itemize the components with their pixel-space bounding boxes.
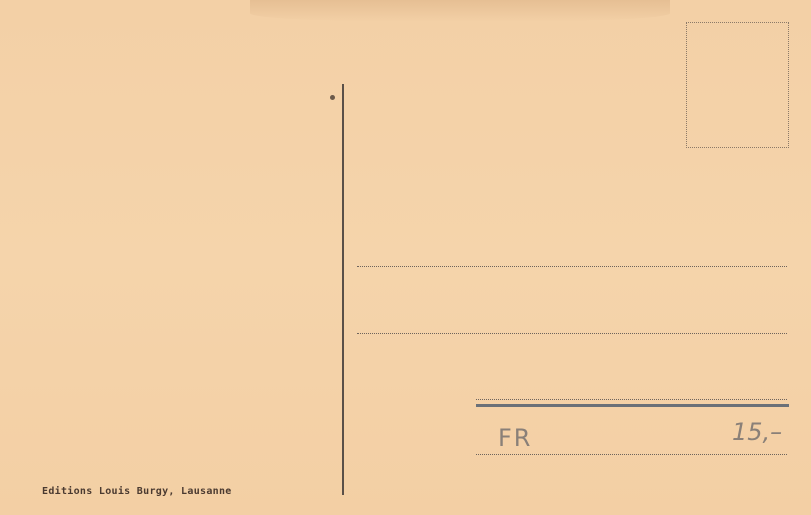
publisher-imprint: Editions Louis Burgy, Lausanne	[42, 486, 232, 497]
water-stain	[250, 0, 670, 22]
address-line-3	[476, 399, 787, 400]
handwritten-price: 15,–	[732, 418, 782, 446]
address-line-1	[357, 266, 787, 267]
handwritten-country: FR	[498, 424, 532, 452]
center-divider-line	[342, 84, 344, 495]
address-underline-bold	[476, 404, 789, 407]
address-line-2	[357, 333, 787, 334]
ink-mark	[330, 95, 335, 100]
stamp-box	[686, 22, 789, 148]
address-line-4	[476, 454, 787, 455]
postcard-back: FR 15,– Editions Louis Burgy, Lausanne	[0, 0, 811, 515]
